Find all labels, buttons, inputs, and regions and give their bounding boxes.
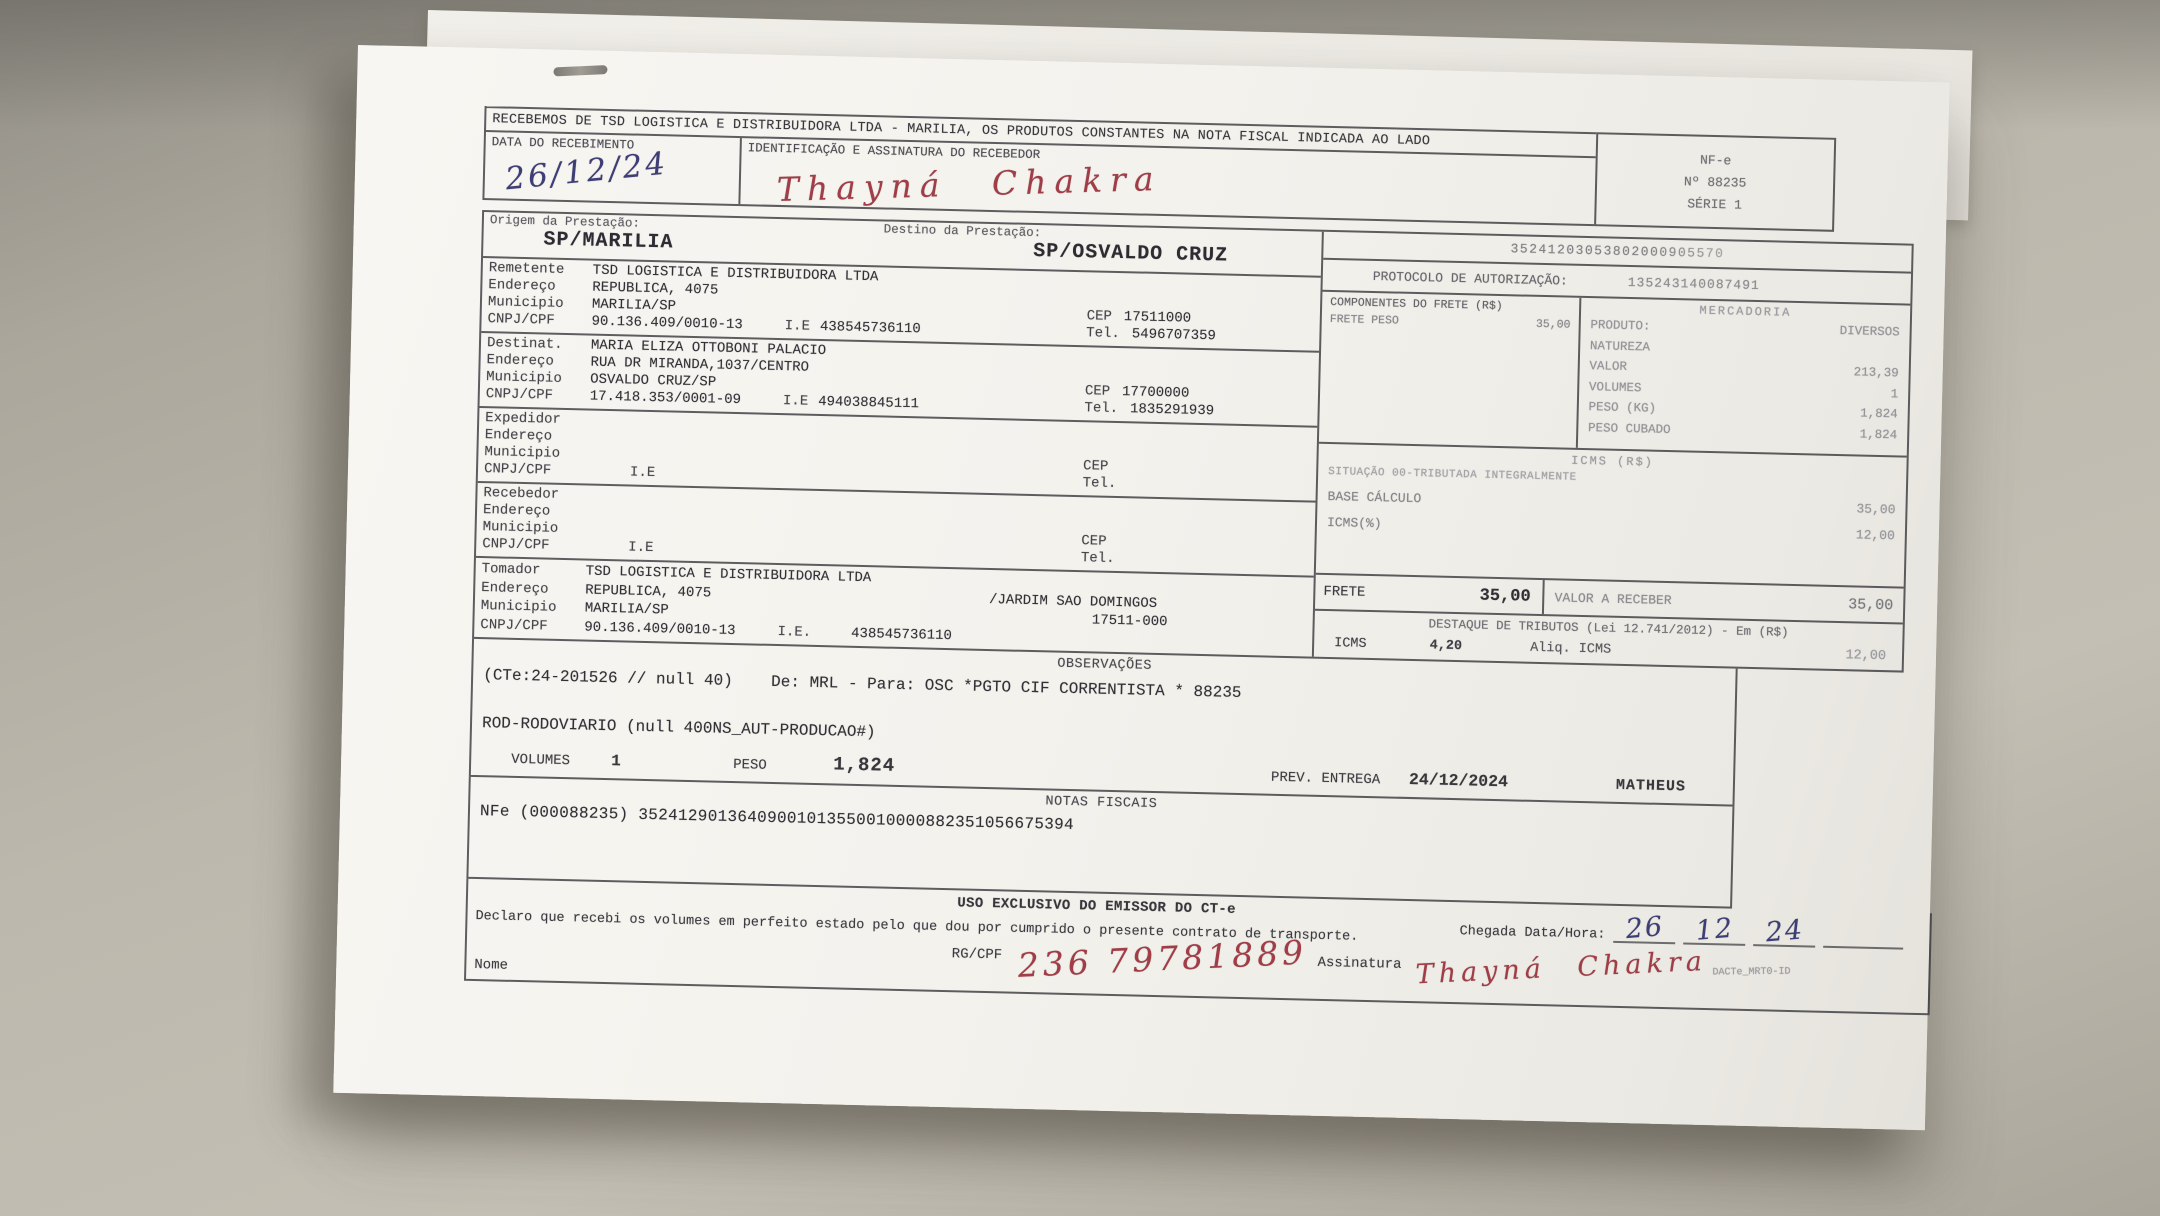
handwritten-signature-bottom: Thayná Chakra bbox=[1415, 946, 1707, 990]
frete-cell: FRETE 35,00 bbox=[1315, 575, 1545, 614]
tomador-cep: 17511-000 bbox=[1092, 611, 1168, 631]
nome-label: Nome bbox=[474, 957, 508, 974]
nfe-title: NF-e bbox=[1700, 152, 1732, 168]
conferente-name: MATHEUS bbox=[1616, 777, 1686, 796]
data-recebimento-cell: DATA DO RECEBIMENTO 26/12/24 bbox=[484, 132, 741, 204]
handwritten-signature: Thayná Chakra bbox=[776, 159, 1162, 209]
icms-box: ICMS (R$) SITUAÇÃO 00-TRIBUTADA INTEGRAL… bbox=[1316, 442, 1907, 587]
nfe-number: Nº 88235 bbox=[1684, 174, 1747, 190]
chegada-hora-slot bbox=[1823, 946, 1903, 950]
uso-exclusivo-title: USO EXCLUSIVO DO EMISSOR DO CT-e bbox=[957, 895, 1236, 918]
chegada-dia-slot: 26 bbox=[1613, 910, 1676, 944]
dacte-model-ref: DACTe_MRT0-ID bbox=[1713, 967, 1791, 979]
main-table: Origem da Prestação: SP/MARILIA Destino … bbox=[472, 210, 1914, 673]
handwritten-receipt-date: 26/12/24 bbox=[504, 145, 670, 197]
protocolo-value: 135243140087491 bbox=[1628, 274, 1760, 292]
handwritten-rg-cpf: 236 79781889 bbox=[1017, 933, 1308, 985]
fiscal-panel: 35241203053802000905570 PROTOCOLO DE AUT… bbox=[1314, 232, 1912, 671]
componentes-frete-box: COMPONENTES DO FRETE (R$) FRETE PESO35,0… bbox=[1319, 292, 1581, 448]
freight-document-paper: RECEBEMOS DE TSD LOGISTICA E DISTRIBUIDO… bbox=[333, 45, 1949, 1130]
origem-cell: Origem da Prestação: SP/MARILIA bbox=[483, 212, 878, 265]
chegada-ano-slot: 24 bbox=[1753, 913, 1816, 947]
receipt-stub: RECEBEMOS DE TSD LOGISTICA E DISTRIBUIDO… bbox=[482, 106, 1836, 232]
chegada-mes-slot: 12 bbox=[1683, 911, 1746, 945]
chegada-data-hora: Chegada Data/Hora: 26 12 24 bbox=[1459, 906, 1911, 950]
nfe-series: SÉRIE 1 bbox=[1687, 196, 1742, 212]
nfe-reference-box: NF-e Nº 88235 SÉRIE 1 bbox=[1594, 132, 1836, 232]
photo-scene: RECEBEMOS DE TSD LOGISTICA E DISTRIBUIDO… bbox=[0, 0, 2160, 1216]
staple bbox=[553, 65, 607, 76]
protocolo-label: PROTOCOLO DE AUTORIZAÇÃO: bbox=[1373, 268, 1568, 288]
mercadoria-box: MERCADORIA PRODUTO:DIVERSOS NATUREZA VAL… bbox=[1578, 298, 1911, 456]
dacte-document: RECEBEMOS DE TSD LOGISTICA E DISTRIBUIDO… bbox=[464, 106, 1916, 1014]
destino-cell: Destino da Prestação: SP/OSVALDO CRUZ bbox=[877, 221, 1322, 275]
